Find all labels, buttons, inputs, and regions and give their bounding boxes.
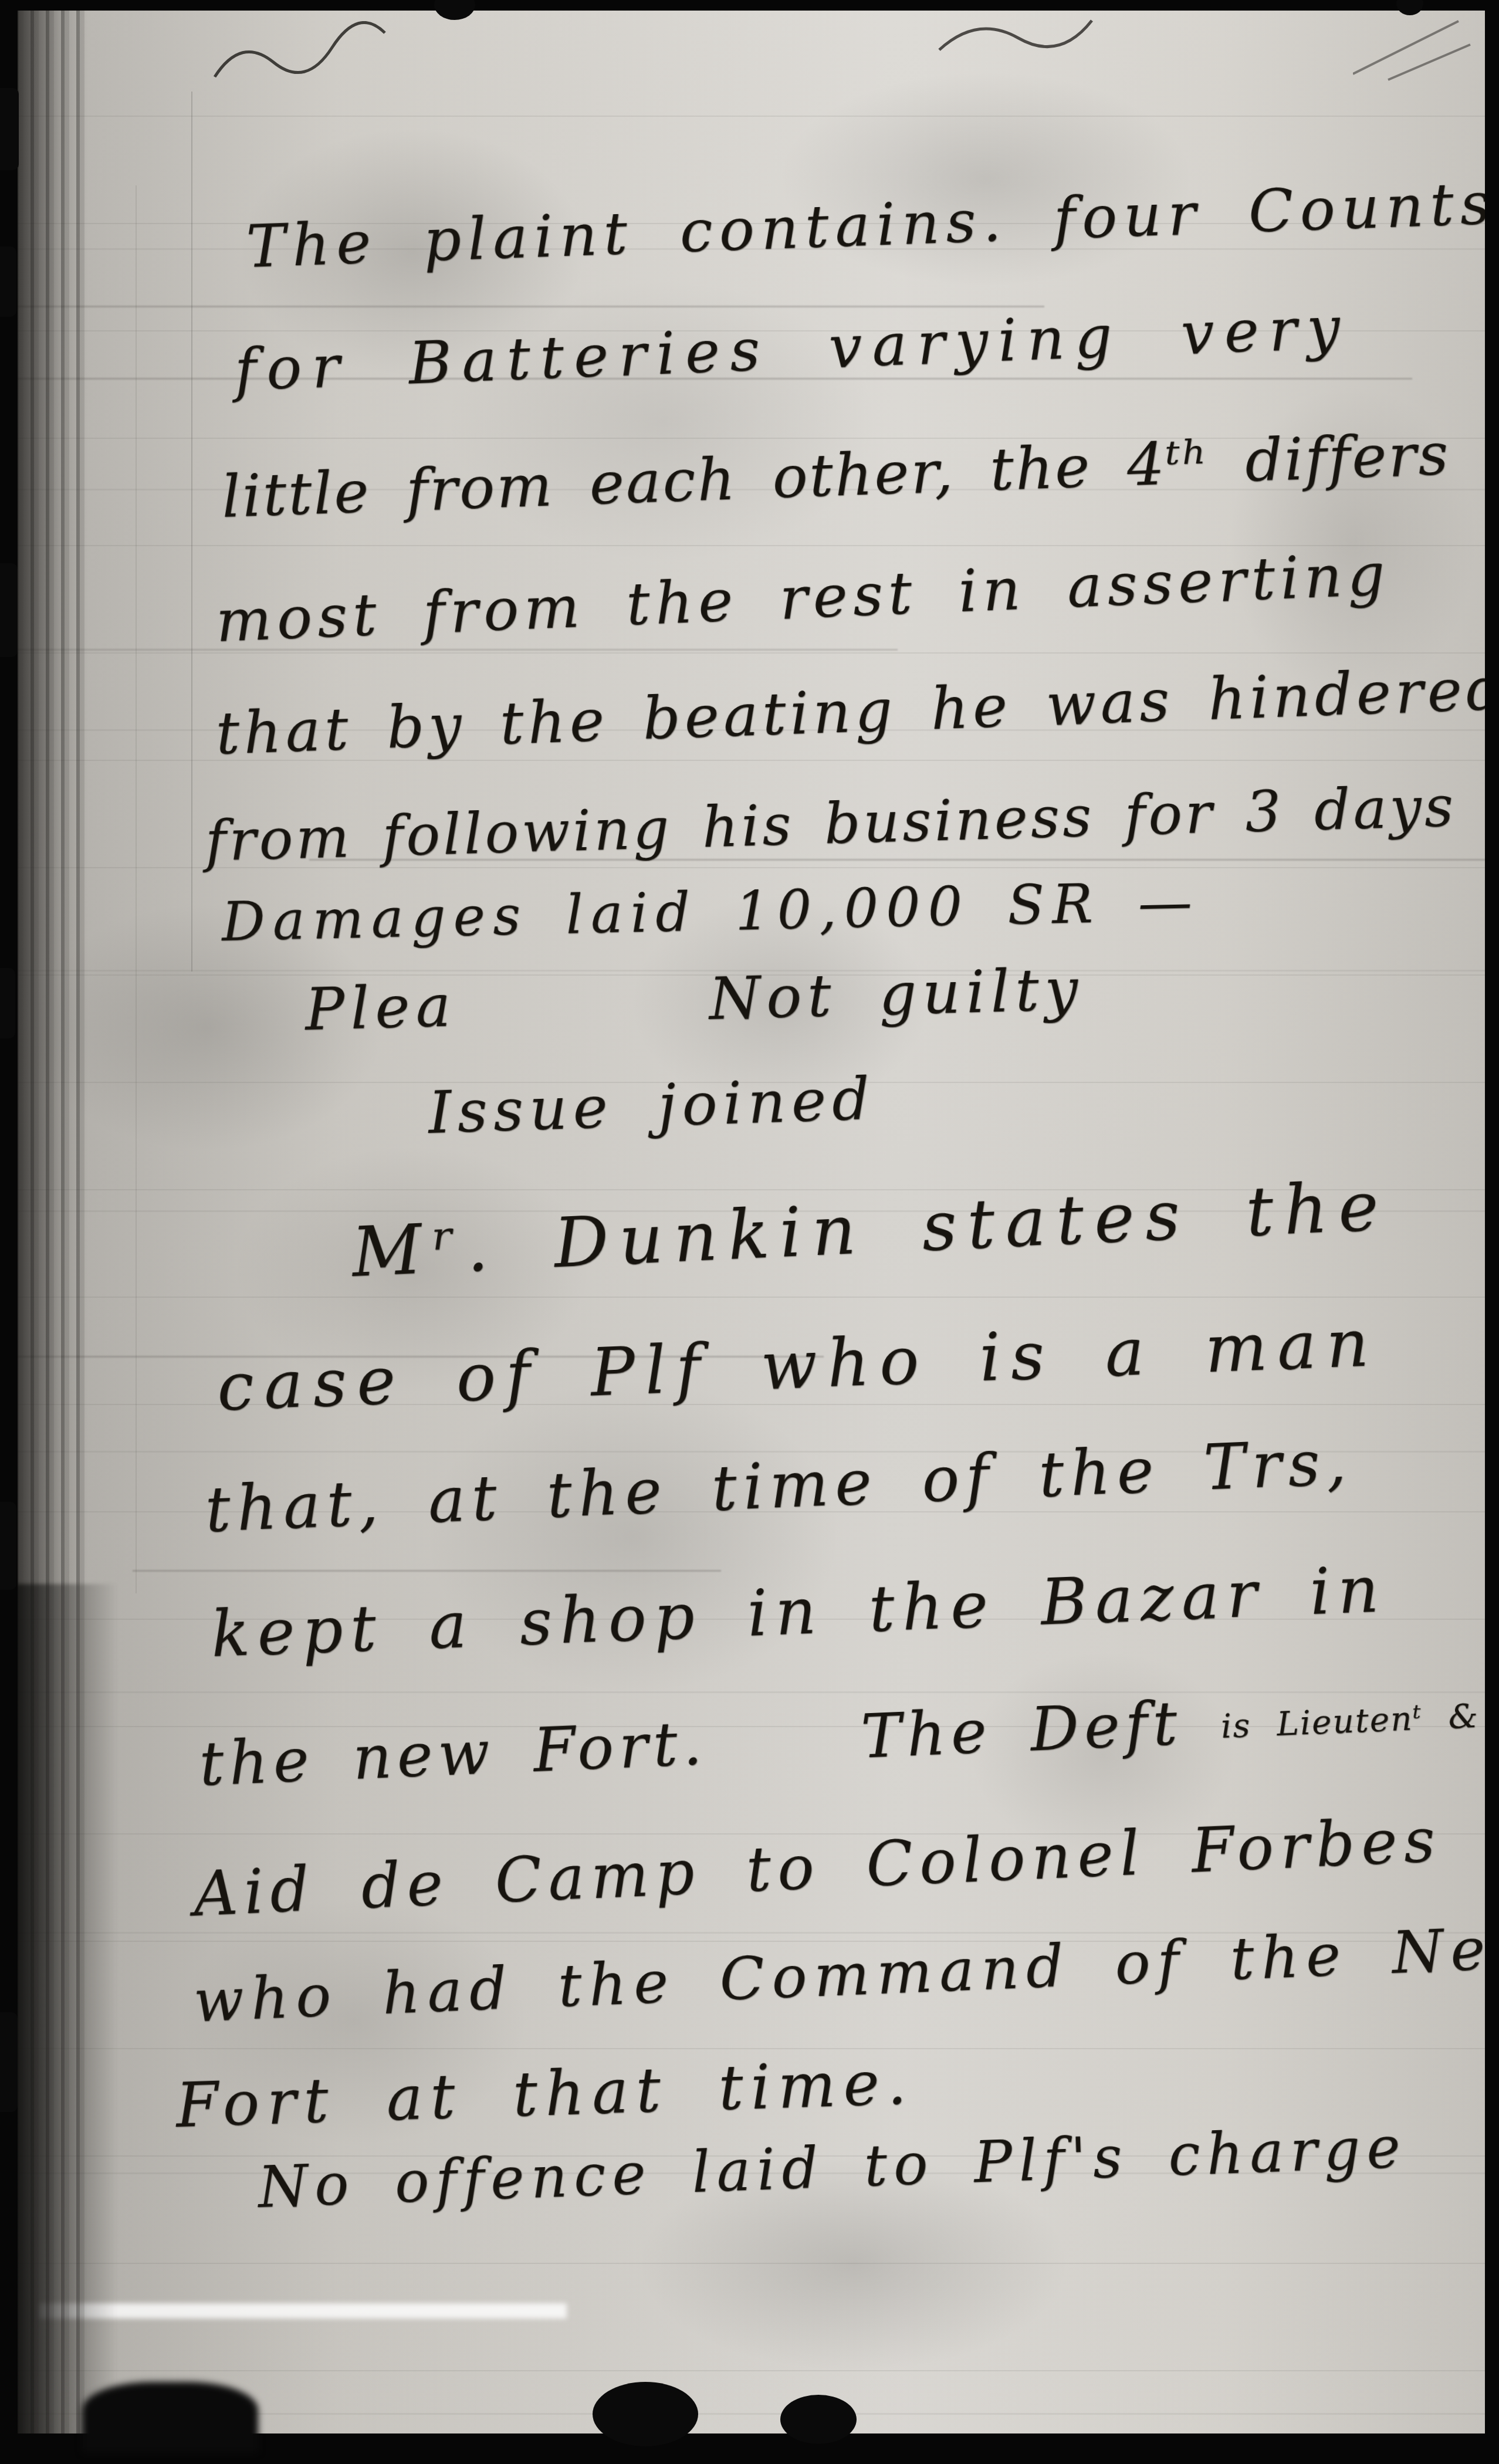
scan-artifact-blob [593,2382,698,2446]
scan-artifact-blob [0,88,19,170]
scan-border-top [0,0,1499,11]
scan-artifact-blob [0,246,16,317]
scan-artifact-blob [0,2012,18,2112]
stray-mark [1353,9,1482,86]
manuscript-line-9: Issue joined [427,1064,877,1147]
margin-crease [191,92,192,972]
scan-artifact-blob [0,1502,16,1590]
manuscript-line-14-insertion: is Lieutenᵗ & [1220,1697,1480,1746]
binding-gutter-shadow-lower [0,1584,117,2464]
scan-streak [15,649,898,651]
scan-border-right [1485,0,1499,2464]
stray-mark [936,6,1101,65]
scanned-manuscript-page: The plaint contains. four Counts for Bat… [0,0,1499,2464]
margin-crease [136,185,137,1593]
scan-artifact-blob [0,563,18,657]
scan-artifact-blob [780,2395,857,2444]
scan-streak [15,306,1044,307]
scan-white-band [39,2303,567,2319]
stray-mark [209,21,397,103]
scan-artifact-blob [82,2382,258,2452]
scan-artifact-blob [0,968,15,1038]
scan-streak [133,1570,720,1572]
